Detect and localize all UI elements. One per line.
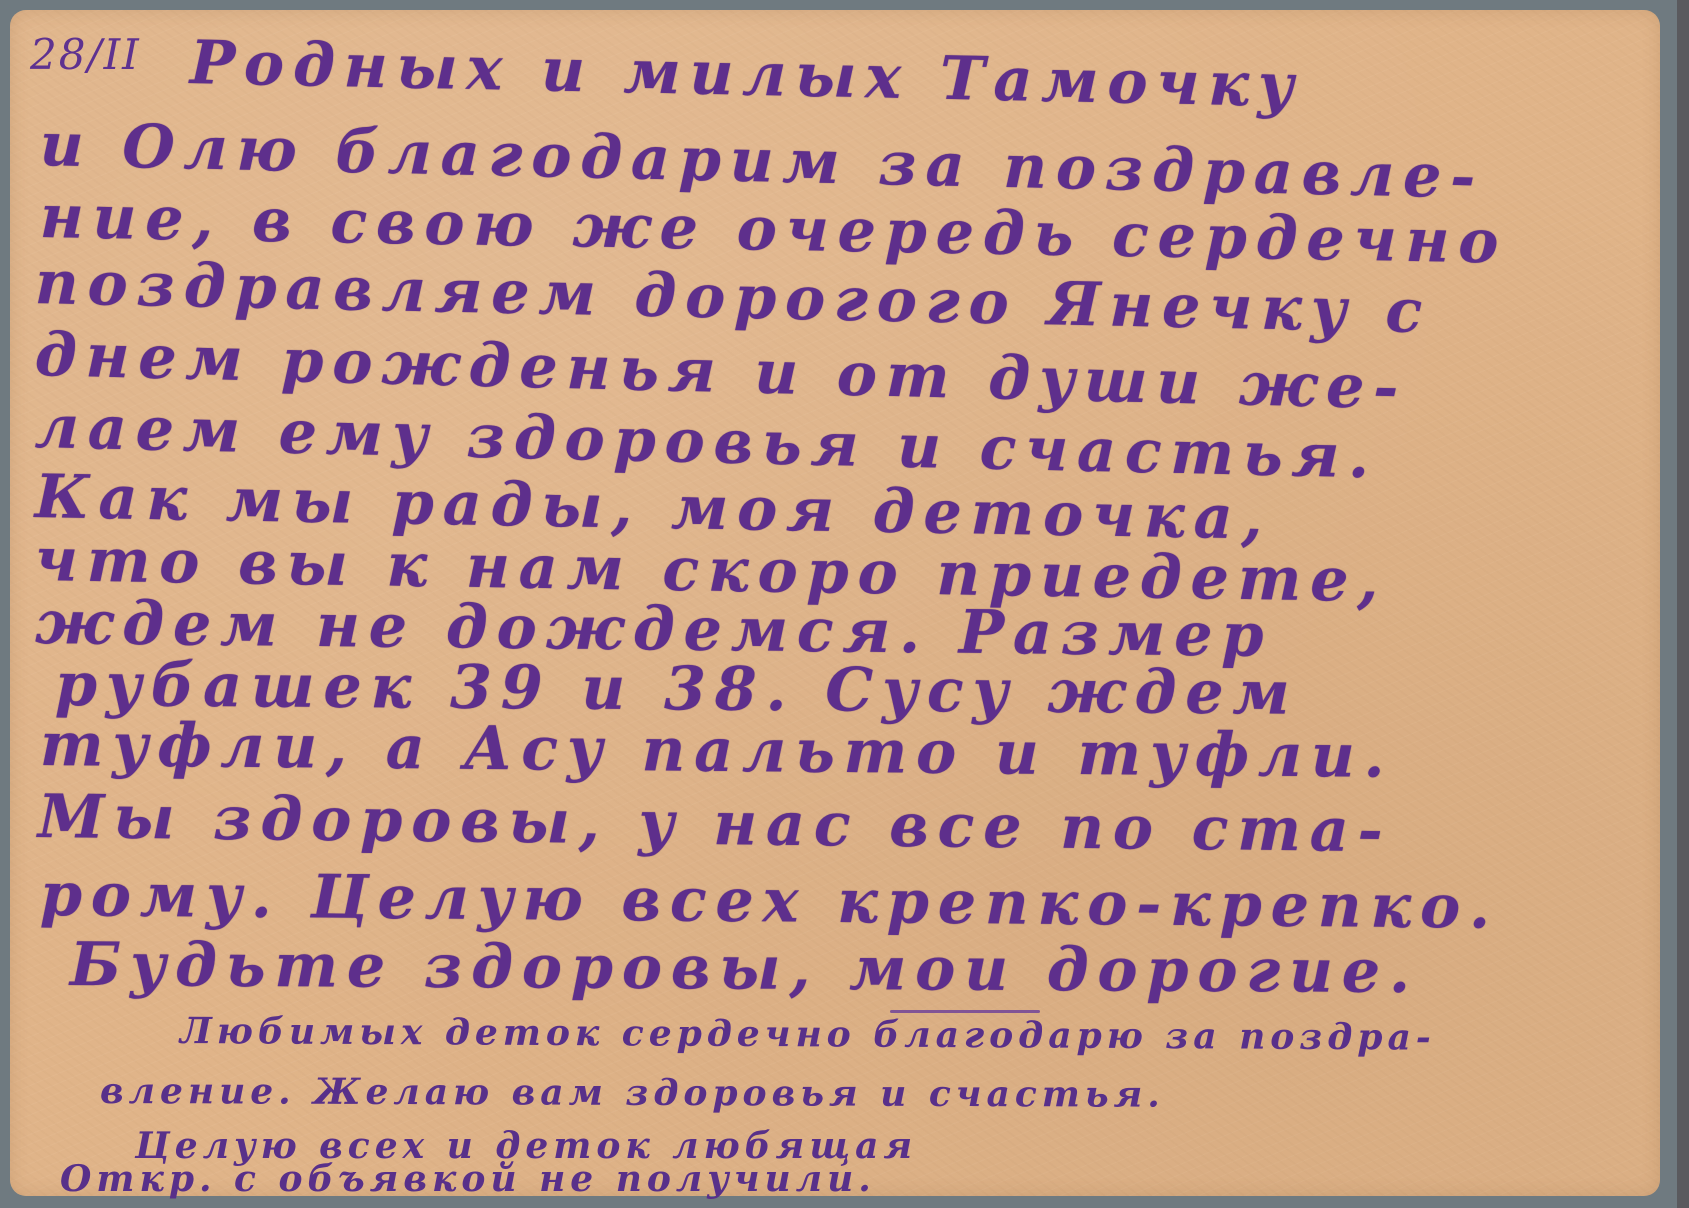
letter-line-1: Родных и милых Тамочку — [189, 28, 1303, 121]
scan-edge-shadow — [1677, 0, 1689, 1208]
ink-underline — [890, 1010, 1040, 1013]
postcard: 28/II Родных и милых Тамочку и Олю благо… — [10, 10, 1660, 1196]
postcard-date: 28/II — [30, 30, 141, 79]
letter-line-11: туфли, а Асу пальто и туфли. — [40, 710, 1394, 792]
letter-line-14: Будьте здоровы, мои дорогие. — [70, 930, 1419, 1007]
postscript-line-4: Откр. с объявкой не получили. — [60, 1158, 876, 1200]
postscript-line-1: Любимых деток сердечно благодарю за позд… — [180, 1010, 1436, 1059]
letter-line-12: Мы здоровы, у нас все по ста- — [38, 782, 1392, 866]
postscript-line-2: вление. Желаю вам здоровья и счастья. — [100, 1070, 1165, 1116]
